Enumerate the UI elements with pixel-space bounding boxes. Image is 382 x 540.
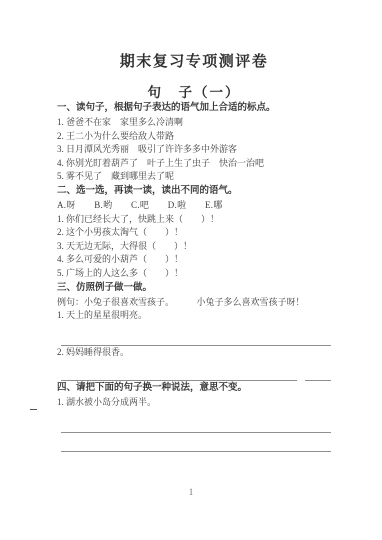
margin-dash-mark — [30, 409, 37, 410]
question-line: 5. 广场上的人这么多（ ）！ — [57, 267, 331, 281]
question-line: 1. 爸爸不在家 家里多么冷清啊 — [57, 116, 331, 130]
question-line: 5. 雾不见了 藏到哪里去了呢 — [57, 170, 331, 184]
section-1-heading: 一、读句子，根据句子表达的语气加上合适的标点。 — [57, 101, 331, 116]
question-line: 4. 多么可爱的小葫芦（ ）！ — [57, 253, 331, 267]
page-number: 1 — [0, 487, 382, 497]
question-line: 3. 天无边无际，大得很（ ）！ — [57, 240, 331, 254]
worksheet-page: 期末复习专项测评卷 句 子（一） 一、读句子，根据句子表达的语气加上合适的标点。… — [0, 0, 382, 540]
choice-options-line: A.呀 B.哟 C.吧 D.啦 E.哪 — [57, 199, 331, 213]
answer-line — [61, 327, 331, 346]
answer-line — [61, 363, 331, 381]
question-line: 2. 王二小为什么要给敌人带路 — [57, 130, 331, 144]
example-line: 例句：小兔子很喜欢雪孩子。 小兔子多么喜欢雪孩子呀！ — [57, 296, 331, 310]
section-2-heading: 二、选一选，再读一读，读出不同的语气。 — [57, 184, 331, 199]
section-3: 三、仿照例子做一做。 例句：小兔子很喜欢雪孩子。 小兔子多么喜欢雪孩子呀！ 1.… — [57, 281, 331, 382]
question-line: 3. 日月潭风光秀丽 吸引了许许多多中外游客 — [57, 143, 331, 157]
question-line: 1. 湖水被小岛分成两半。 — [57, 396, 331, 410]
section-4: 四、请把下面的句子换一种说法，意思不变。 1. 湖水被小岛分成两半。 — [57, 381, 331, 452]
page-subtitle: 句 子（一） — [57, 81, 331, 101]
section-3-heading: 三、仿照例子做一做。 — [57, 281, 331, 296]
question-line: 2. 这个小男孩太淘气（ ）！ — [57, 226, 331, 240]
question-line: 1. 你们已经长大了，快跳上来（ ）！ — [57, 213, 331, 227]
question-line: 2. 妈妈睡得很香。 — [57, 346, 331, 360]
worksheet-content: 期末复习专项测评卷 句 子（一） 一、读句子，根据句子表达的语气加上合适的标点。… — [57, 0, 331, 452]
page-title: 期末复习专项测评卷 — [57, 0, 331, 71]
answer-line — [61, 433, 331, 452]
section-2: 二、选一选，再读一读，读出不同的语气。 A.呀 B.哟 C.吧 D.啦 E.哪 … — [57, 184, 331, 281]
section-1: 一、读句子，根据句子表达的语气加上合适的标点。 1. 爸爸不在家 家里多么冷清啊… — [57, 101, 331, 184]
question-line: 4. 你别光盯着葫芦了 叶子上生了虫子 快治一治吧 — [57, 157, 331, 171]
answer-line — [61, 414, 331, 433]
section-4-heading: 四、请把下面的句子换一种说法，意思不变。 — [57, 381, 331, 396]
question-line: 1. 天上的星星很明亮。 — [57, 309, 331, 323]
answer-line-segment — [305, 379, 331, 381]
